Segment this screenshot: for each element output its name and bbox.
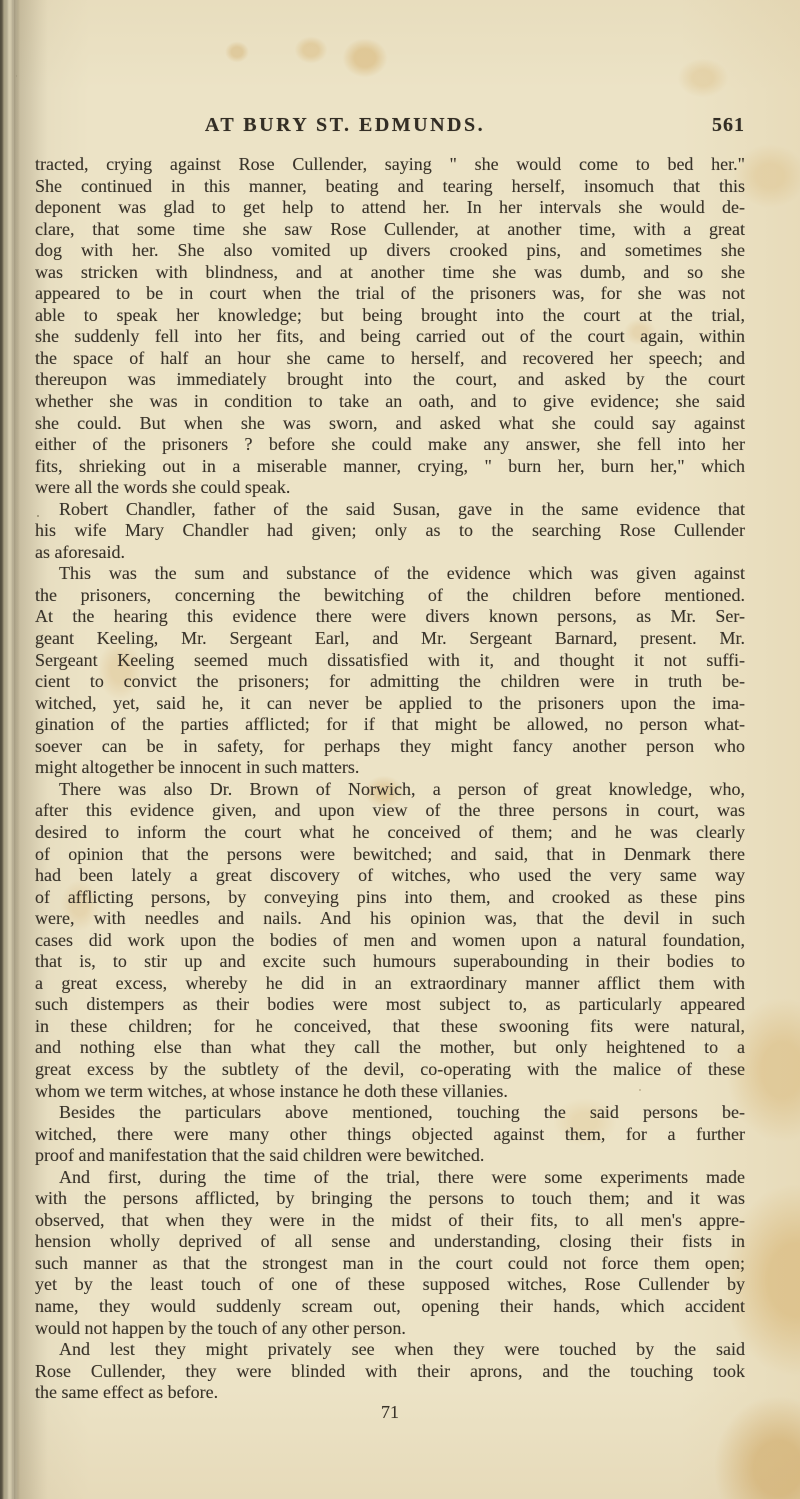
text-line: either of the prisoners ? before she cou… — [35, 434, 745, 456]
text-line: of afflicting persons, by conveying pins… — [35, 887, 745, 909]
text-line: She continued in this manner, beating an… — [35, 176, 745, 198]
text-line: great excess by the subtlety of the devi… — [35, 1059, 745, 1081]
text-line: deponent was glad to get help to attend … — [35, 197, 745, 219]
text-line: was stricken with blindness, and at anot… — [35, 262, 745, 284]
text-line: whom we term witches, at whose instance … — [35, 1081, 745, 1103]
text-line: gination of the parties afflicted; for i… — [35, 714, 745, 736]
text-line: a great excess, whereby he did in an ext… — [35, 973, 745, 995]
text-line: This was the sum and substance of the ev… — [35, 563, 745, 585]
text-line: proof and manifestation that the said ch… — [35, 1145, 745, 1167]
text-line: clare, that some time she saw Rose Culle… — [35, 219, 745, 241]
text-line: as aforesaid. — [35, 542, 745, 564]
text-line: fits, shrieking out in a miserable manne… — [35, 456, 745, 478]
text-line: of opinion that the persons were bewitch… — [35, 844, 745, 866]
text-line: that is, to stir up and excite such humo… — [35, 951, 745, 973]
scanned-book-page: AT BURY ST. EDMUNDS. 561 tracted, crying… — [0, 0, 800, 1499]
text-line: and nothing else than what they call the… — [35, 1037, 745, 1059]
running-head: AT BURY ST. EDMUNDS. 561 — [35, 114, 745, 142]
text-line: witched, yet, said he, it can never be a… — [35, 693, 745, 715]
text-line: cases did work upon the bodies of men an… — [35, 930, 745, 952]
text-line: tracted, crying against Rose Cullender, … — [35, 154, 745, 176]
text-line: Rose Cullender, they were blinded with t… — [35, 1361, 745, 1383]
text-line: appeared to be in court when the trial o… — [35, 283, 745, 305]
text-line: At the hearing this evidence there were … — [35, 606, 745, 628]
text-line: would not happen by the touch of any oth… — [35, 1318, 745, 1340]
text-line: witched, there were many other things ob… — [35, 1124, 745, 1146]
text-line: were all the words she could speak. — [35, 477, 745, 499]
text-line: the same effect as before. — [35, 1382, 745, 1404]
signature-mark: 71 — [35, 1402, 745, 1423]
text-line: thereupon was immediately brought into t… — [35, 369, 745, 391]
text-line: name, they would suddenly scream out, op… — [35, 1296, 745, 1318]
text-line: Besides the particulars above mentioned,… — [35, 1102, 745, 1124]
text-line: with the persons afflicted, by bringing … — [35, 1188, 745, 1210]
text-line: she suddenly fell into her fits, and bei… — [35, 326, 745, 348]
text-line: Sergeant Keeling seemed much dissatisfie… — [35, 650, 745, 672]
text-line: Robert Chandler, father of the said Susa… — [35, 499, 745, 521]
text-line: had been lately a great discovery of wit… — [35, 865, 745, 887]
text-line: soever can be in safety, for perhaps the… — [35, 736, 745, 758]
text-line: dog with her. She also vomited up divers… — [35, 240, 745, 262]
text-line: were, with needles and nails. And his op… — [35, 908, 745, 930]
text-line: might altogether be innocent in such mat… — [35, 757, 745, 779]
page-title: AT BURY ST. EDMUNDS. — [35, 114, 655, 137]
text-line: able to speak her knowledge; but being b… — [35, 305, 745, 327]
page-body: tracted, crying against Rose Cullender, … — [35, 154, 745, 1404]
text-line: his wife Mary Chandler had given; only a… — [35, 520, 745, 542]
text-line: in these children; for he conceived, tha… — [35, 1016, 745, 1038]
text-line: observed, that when they were in the mid… — [35, 1210, 745, 1232]
text-line: And lest they might privately see when t… — [35, 1339, 745, 1361]
text-line: desired to inform the court what he conc… — [35, 822, 745, 844]
page-number: 561 — [712, 114, 745, 137]
text-line: whether she was in condition to take an … — [35, 391, 745, 413]
text-line: There was also Dr. Brown of Norwich, a p… — [35, 779, 745, 801]
text-line: cient to convict the prisoners; for admi… — [35, 671, 745, 693]
text-line: she could. But when she was sworn, and a… — [35, 413, 745, 435]
text-line: such distempers as their bodies were mos… — [35, 994, 745, 1016]
text-line: geant Keeling, Mr. Sergeant Earl, and Mr… — [35, 628, 745, 650]
text-line: the space of half an hour she came to he… — [35, 348, 745, 370]
text-line: the prisoners, concerning the bewitching… — [35, 585, 745, 607]
text-line: And first, during the time of the trial,… — [35, 1167, 745, 1189]
text-line: yet by the least touch of one of these s… — [35, 1274, 745, 1296]
text-line: after this evidence given, and upon view… — [35, 800, 745, 822]
text-line: such manner as that the strongest man in… — [35, 1253, 745, 1275]
text-line: hension wholly deprived of all sense and… — [35, 1231, 745, 1253]
